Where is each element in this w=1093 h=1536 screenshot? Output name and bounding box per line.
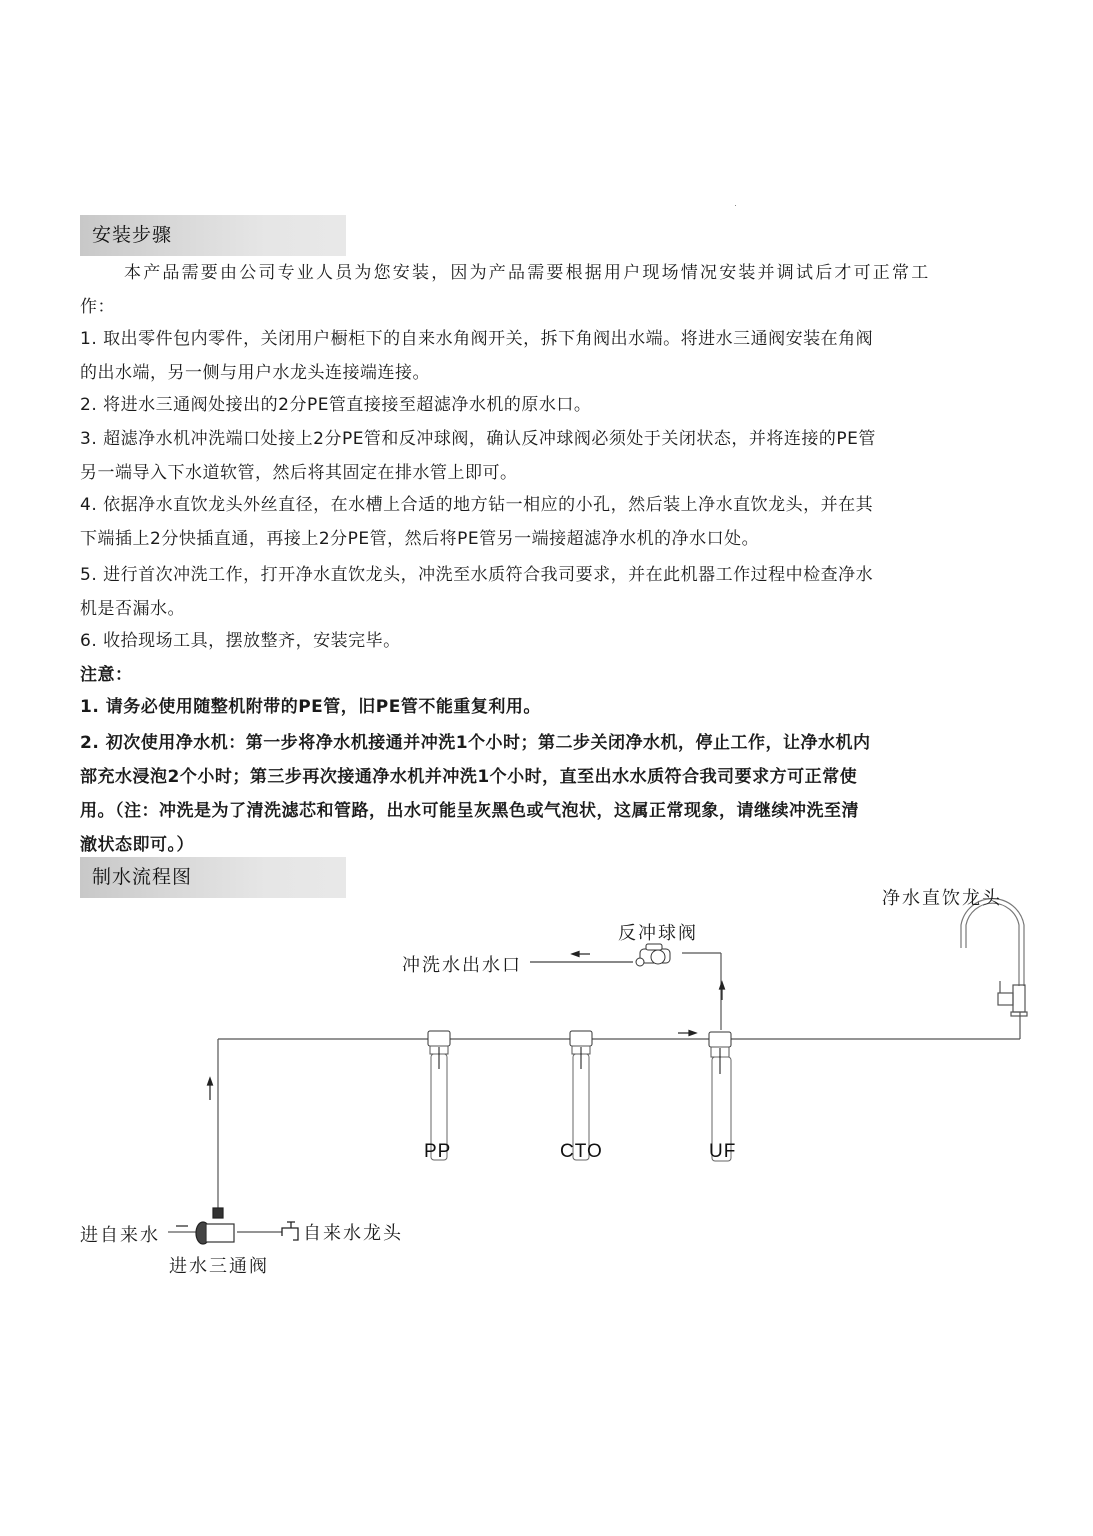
tap-water-faucet-icon: [282, 1222, 298, 1240]
label-pure-water-faucet: 净水直饮龙头: [882, 884, 1002, 910]
label-filter-pp: PP: [424, 1141, 451, 1163]
label-tap-water-faucet: 自来水龙头: [303, 1219, 403, 1245]
label-filter-uf: UF: [709, 1141, 736, 1163]
water-flow-diagram: [0, 0, 1093, 1536]
label-backwash-valve: 反冲球阀: [618, 919, 698, 945]
pure-water-faucet-icon: [961, 899, 1027, 1016]
label-three-way-valve: 进水三通阀: [169, 1252, 269, 1278]
label-inlet-water: 进自来水: [80, 1221, 160, 1247]
three-way-valve-icon: [196, 1208, 234, 1244]
backwash-valve-icon: [636, 944, 670, 966]
label-filter-cto: CTO: [560, 1141, 603, 1163]
label-flush-outlet: 冲洗水出水口: [402, 951, 522, 977]
